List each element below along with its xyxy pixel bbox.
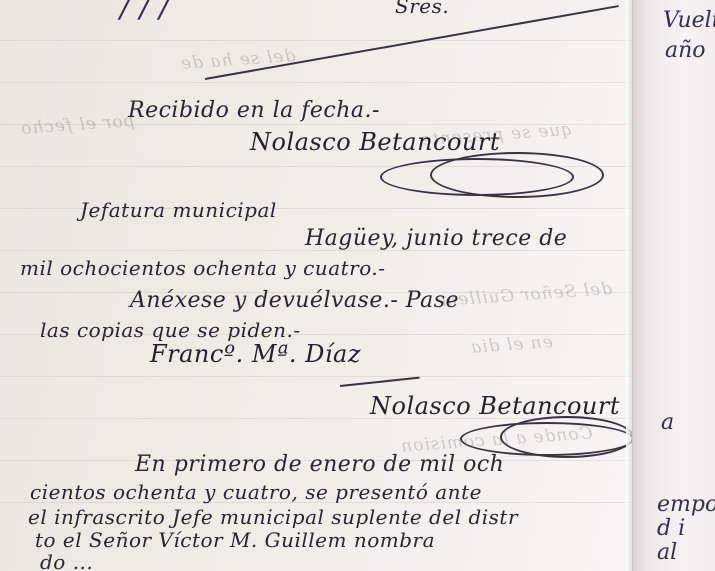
- signature-flourish: [500, 416, 632, 458]
- received-line: Recibido en la fecha.-: [128, 98, 380, 123]
- received-signature: Nolasco Betancourt: [250, 128, 500, 156]
- right-page-text: d i: [657, 516, 685, 541]
- right-page-text: empo: [657, 492, 715, 517]
- decree-date-line-2: mil ochocientos ochenta y cuatro.-: [20, 256, 386, 280]
- right-page-text: al: [657, 540, 677, 565]
- body-line-2: cientos ochenta y cuatro, se presentó an…: [30, 480, 482, 504]
- decree-heading: Jefatura municipal: [80, 198, 277, 222]
- decree-order-line-1: Anéxese y devuélvase.- Pase: [130, 288, 459, 313]
- header-fragment: Sres.: [395, 0, 449, 18]
- bleed-through-text: en el dia: [469, 332, 553, 358]
- left-page: del se ha de por el fecho que se present…: [0, 0, 632, 571]
- right-page-text: Vuelta: [663, 8, 715, 33]
- body-line-5: do ...: [40, 550, 93, 571]
- body-line-1: En primero de enero de mil och: [135, 452, 504, 477]
- bleed-through-text: del se ha de: [179, 46, 296, 74]
- signature-underline: [340, 377, 420, 387]
- ruled-line: [0, 82, 632, 83]
- body-line-3: el infrascrito Jefe municipal suplente d…: [28, 505, 518, 529]
- right-page: Vuelta año a empo d i al: [632, 0, 715, 571]
- ruled-line: [0, 376, 632, 377]
- right-page-text: a: [661, 410, 674, 435]
- signature-flourish: [430, 152, 604, 198]
- bleed-through-text: por el fecho: [19, 111, 135, 139]
- decree-date-line-1: Hagüey, junio trece de: [305, 226, 567, 251]
- right-page-text: año: [665, 38, 706, 63]
- header-stroke: ∕ ∕ ∕: [120, 0, 169, 25]
- ruled-line: [0, 40, 632, 41]
- body-line-4: to el Señor Víctor M. Guillem nombra: [35, 528, 435, 552]
- decree-order-line-2: las copias que se piden.-: [40, 318, 301, 342]
- bleed-through-text: del Señor Guillem: [440, 279, 613, 311]
- decree-signature-diaz: Francº. Mª. Díaz: [150, 340, 361, 368]
